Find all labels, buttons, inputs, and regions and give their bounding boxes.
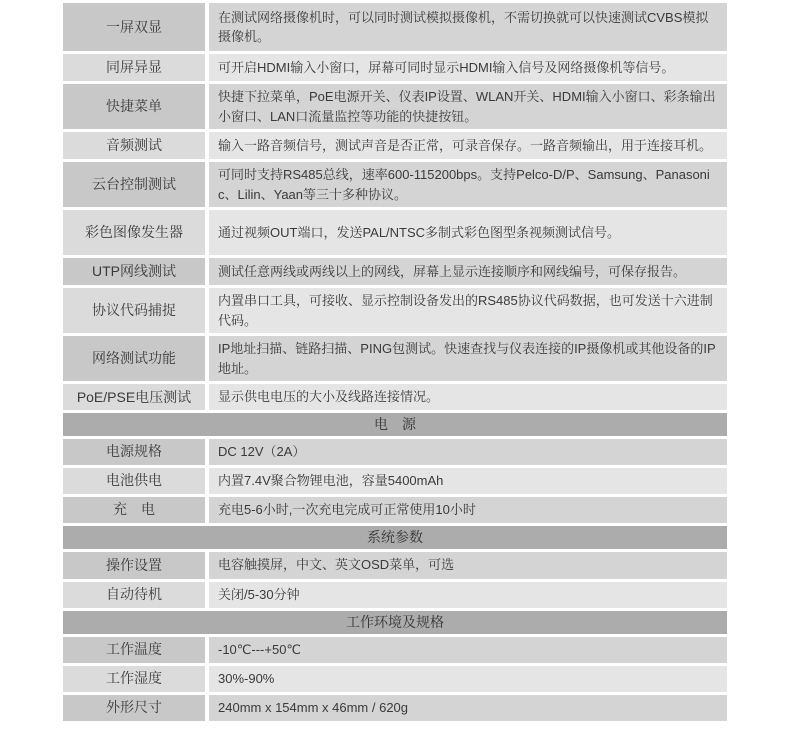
spec-value-cell: 内置7.4V聚合物锂电池，容量5400mAh bbox=[209, 468, 727, 494]
spec-row: 音频测试输入一路音频信号，测试声音是否正常，可录音保存。一路音频输出，用于连接耳… bbox=[63, 132, 727, 159]
spec-value-cell: 240mm x 154mm x 46mm / 620g bbox=[209, 695, 727, 721]
spec-row: 电源规格DC 12V（2A） bbox=[63, 439, 727, 465]
spec-value-cell: 可同时支持RS485总线，速率600-115200bps。支持Pelco-D/P… bbox=[209, 162, 727, 207]
spec-label-cell: 协议代码捕捉 bbox=[63, 288, 205, 333]
spec-value-cell: 内置串口工具，可接收、显示控制设备发出的RS485协议代码数据，也可发送十六进制… bbox=[209, 288, 727, 333]
spec-label-cell: 彩色图像发生器 bbox=[63, 210, 205, 255]
spec-row: 快捷菜单快捷下拉菜单，PoE电源开关、仪表IP设置、WLAN开关、HDMI输入小… bbox=[63, 84, 727, 129]
spec-row: UTP网线测试测试任意两线或两线以上的网线，屏幕上显示连接顺序和网线编号，可保存… bbox=[63, 258, 727, 285]
spec-value-cell: -10℃---+50℃ bbox=[209, 637, 727, 663]
spec-value-cell: 电容触摸屏，中文、英文OSD菜单，可选 bbox=[209, 552, 727, 579]
spec-label-cell: 工作湿度 bbox=[63, 666, 205, 692]
spec-label-cell: 充 电 bbox=[63, 497, 205, 523]
spec-label-cell: 同屏异显 bbox=[63, 54, 205, 81]
spec-value-cell: 输入一路音频信号，测试声音是否正常，可录音保存。一路音频输出，用于连接耳机。 bbox=[209, 132, 727, 159]
spec-row: 工作湿度30%-90% bbox=[63, 666, 727, 692]
spec-table: 一屏双显在测试网络摄像机时，可以同时测试模拟摄像机，不需切换就可以快速测试CVB… bbox=[63, 3, 727, 721]
spec-row: 同屏异显可开启HDMI输入小窗口，屏幕可同时显示HDMI输入信号及网络摄像机等信… bbox=[63, 54, 727, 81]
spec-value-cell: 可开启HDMI输入小窗口，屏幕可同时显示HDMI输入信号及网络摄像机等信号。 bbox=[209, 54, 727, 81]
spec-label-cell: UTP网线测试 bbox=[63, 258, 205, 285]
spec-label-cell: 网络测试功能 bbox=[63, 336, 205, 381]
spec-row: 云台控制测试可同时支持RS485总线，速率600-115200bps。支持Pel… bbox=[63, 162, 727, 207]
spec-value-cell: 测试任意两线或两线以上的网线，屏幕上显示连接顺序和网线编号，可保存报告。 bbox=[209, 258, 727, 285]
spec-label-cell: 云台控制测试 bbox=[63, 162, 205, 207]
spec-label-cell: 电池供电 bbox=[63, 468, 205, 494]
spec-label-cell: PoE/PSE电压测试 bbox=[63, 384, 205, 410]
spec-label-cell: 自动待机 bbox=[63, 582, 205, 608]
spec-row: 外形尺寸240mm x 154mm x 46mm / 620g bbox=[63, 695, 727, 721]
spec-label-cell: 外形尺寸 bbox=[63, 695, 205, 721]
spec-value-cell: 30%-90% bbox=[209, 666, 727, 692]
spec-row: 协议代码捕捉内置串口工具，可接收、显示控制设备发出的RS485协议代码数据，也可… bbox=[63, 288, 727, 333]
spec-label-cell: 操作设置 bbox=[63, 552, 205, 579]
spec-value-cell: 显示供电电压的大小及线路连接情况。 bbox=[209, 384, 727, 410]
spec-row: 电池供电内置7.4V聚合物锂电池，容量5400mAh bbox=[63, 468, 727, 494]
spec-label-cell: 快捷菜单 bbox=[63, 84, 205, 129]
spec-value-cell: 通过视频OUT端口，发送PAL/NTSC多制式彩色图型条视频测试信号。 bbox=[209, 210, 727, 255]
section-header: 系统参数 bbox=[63, 526, 727, 549]
spec-row: 工作温度-10℃---+50℃ bbox=[63, 637, 727, 663]
spec-value-cell: 快捷下拉菜单，PoE电源开关、仪表IP设置、WLAN开关、HDMI输入小窗口、彩… bbox=[209, 84, 727, 129]
spec-label-cell: 电源规格 bbox=[63, 439, 205, 465]
spec-label-cell: 音频测试 bbox=[63, 132, 205, 159]
spec-value-cell: 充电5-6小时,一次充电完成可正常使用10小时 bbox=[209, 497, 727, 523]
spec-row: 充 电充电5-6小时,一次充电完成可正常使用10小时 bbox=[63, 497, 727, 523]
spec-value-cell: DC 12V（2A） bbox=[209, 439, 727, 465]
spec-row: PoE/PSE电压测试显示供电电压的大小及线路连接情况。 bbox=[63, 384, 727, 410]
spec-label-cell: 工作温度 bbox=[63, 637, 205, 663]
spec-value-cell: IP地址扫描、链路扫描、PING包测试。快速查找与仪表连接的IP摄像机或其他设备… bbox=[209, 336, 727, 381]
spec-label-cell: 一屏双显 bbox=[63, 3, 205, 51]
spec-value-cell: 关闭/5-30分钟 bbox=[209, 582, 727, 608]
spec-row: 一屏双显在测试网络摄像机时，可以同时测试模拟摄像机，不需切换就可以快速测试CVB… bbox=[63, 3, 727, 51]
spec-row: 网络测试功能IP地址扫描、链路扫描、PING包测试。快速查找与仪表连接的IP摄像… bbox=[63, 336, 727, 381]
spec-row: 自动待机关闭/5-30分钟 bbox=[63, 582, 727, 608]
section-header: 电 源 bbox=[63, 413, 727, 436]
spec-row: 彩色图像发生器通过视频OUT端口，发送PAL/NTSC多制式彩色图型条视频测试信… bbox=[63, 210, 727, 255]
spec-value-cell: 在测试网络摄像机时，可以同时测试模拟摄像机，不需切换就可以快速测试CVBS模拟摄… bbox=[209, 3, 727, 51]
spec-row: 操作设置电容触摸屏，中文、英文OSD菜单，可选 bbox=[63, 552, 727, 579]
section-header: 工作环境及规格 bbox=[63, 611, 727, 634]
